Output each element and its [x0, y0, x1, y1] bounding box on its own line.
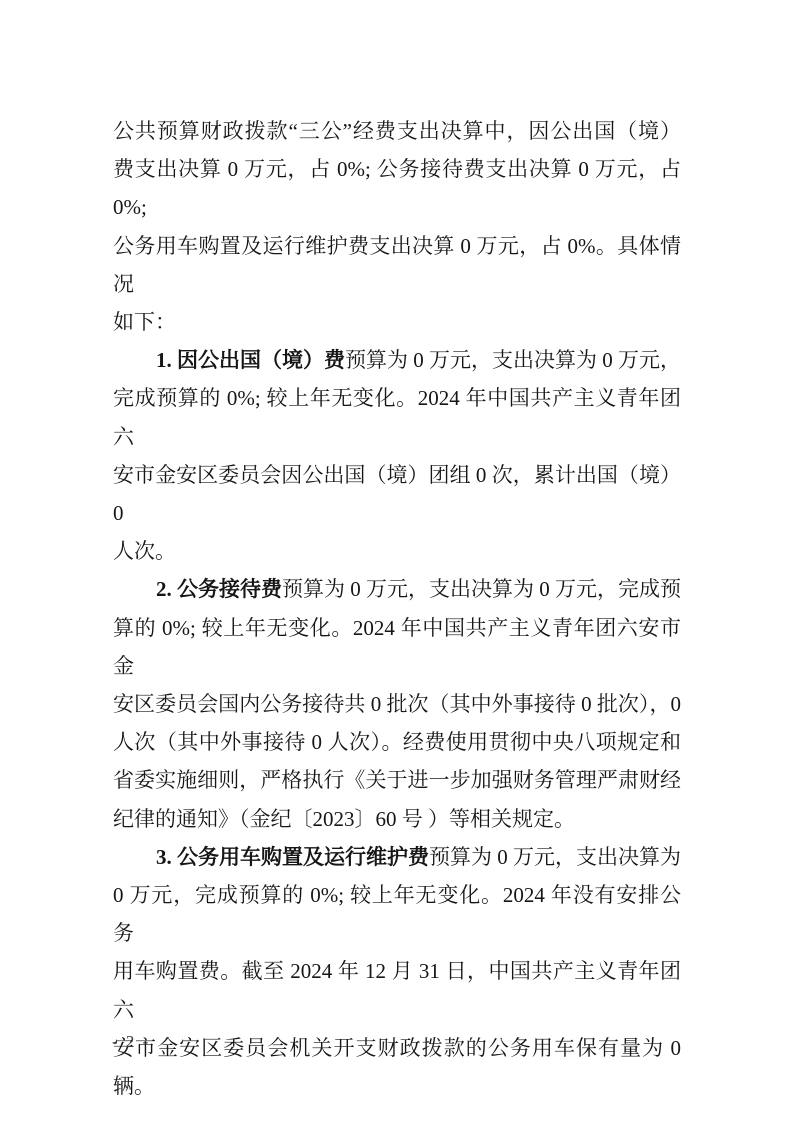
- text-line: 辆。: [113, 1067, 681, 1105]
- text-line: 公务用车购置及运行维护费支出决算 0 万元，占 0%。具体情况: [113, 227, 681, 303]
- text-run: 用车购置费。截至 2024 年 12 月 31 日，中国共产主义青年团六: [113, 959, 681, 1021]
- text-run: 安市金安区委员会因公出国（境）团组 0 次，累计出国（境）0: [113, 463, 681, 525]
- text-line: 安市金安区委员会机关开支财政拨款的公务用车保有量为 0: [113, 1029, 681, 1067]
- text-run: 费支出决算 0 万元，占 0%; 公务接待费支出决算 0 万元，占 0%;: [113, 157, 681, 219]
- text-run: 公务用车购置及运行维护费支出决算 0 万元，占 0%。具体情况: [113, 234, 681, 296]
- text-line: 0 万元，完成预算的 0%; 较上年无变化。2024 年没有安排公务: [113, 876, 681, 952]
- text-run: 辆。: [113, 1074, 155, 1098]
- text-run: 算的 0%; 较上年无变化。2024 年中国共产主义青年团六安市金: [113, 616, 681, 678]
- text-run: 预算为 0 万元，支出决算为: [429, 845, 681, 869]
- text-line: 纪律的通知》（金纪〔2023〕60 号 ）等相关规定。: [113, 800, 681, 838]
- text-run: 预算为 0 万元，支出决算为 0 万元，: [345, 348, 681, 372]
- paragraph-heading-run: 2. 公务接待费: [156, 577, 282, 601]
- text-run: 预算为 0 万元，支出决算为 0 万元，完成预: [282, 577, 681, 601]
- text-run: 省委实施细则，严格执行《关于进一步加强财务管理严肃财经: [113, 768, 681, 792]
- text-line: 2. 公务接待费预算为 0 万元，支出决算为 0 万元，完成预: [113, 570, 681, 608]
- text-line: 安市金安区委员会因公出国（境）团组 0 次，累计出国（境）0: [113, 456, 681, 532]
- text-run: 公共预算财政拨款“三公”经费支出决算中，因公出国（境）: [113, 119, 681, 143]
- text-run: 人次。: [113, 539, 176, 563]
- text-line: 用车购置费。截至 2024 年 12 月 31 日，中国共产主义青年团六: [113, 952, 681, 1028]
- text-line: 费支出决算 0 万元，占 0%; 公务接待费支出决算 0 万元，占 0%;: [113, 150, 681, 226]
- text-line: 完成预算的 0%; 较上年无变化。2024 年中国共产主义青年团六: [113, 379, 681, 455]
- text-run: 纪律的通知》（金纪〔2023〕60 号 ）等相关规定。: [113, 807, 575, 831]
- text-run: 完成预算的 0%; 较上年无变化。2024 年中国共产主义青年团六: [113, 386, 681, 448]
- text-run: 0 万元，完成预算的 0%; 较上年无变化。2024 年没有安排公务: [113, 883, 681, 945]
- text-run: 人次（其中外事接待 0 人次）。经费使用贯彻中央八项规定和: [113, 730, 681, 754]
- document-body: 公共预算财政拨款“三公”经费支出决算中，因公出国（境） 费支出决算 0 万元，占…: [113, 112, 681, 1105]
- text-line: 1. 因公出国（境）费预算为 0 万元，支出决算为 0 万元，: [113, 341, 681, 379]
- page-number: - 2 -: [112, 1030, 150, 1054]
- paragraph-heading-run: 1. 因公出国（境）费: [156, 348, 345, 372]
- text-line: 如下：: [113, 303, 681, 341]
- text-line: 人次（其中外事接待 0 人次）。经费使用贯彻中央八项规定和: [113, 723, 681, 761]
- text-line: 省委实施细则，严格执行《关于进一步加强财务管理严肃财经: [113, 761, 681, 799]
- text-run: 安区委员会国内公务接待共 0 批次（其中外事接待 0 批次），0: [113, 692, 681, 716]
- text-line: 公共预算财政拨款“三公”经费支出决算中，因公出国（境）: [113, 112, 681, 150]
- text-line: 安区委员会国内公务接待共 0 批次（其中外事接待 0 批次），0: [113, 685, 681, 723]
- text-line: 算的 0%; 较上年无变化。2024 年中国共产主义青年团六安市金: [113, 609, 681, 685]
- paragraph-heading-run: 3. 公务用车购置及运行维护费: [156, 845, 429, 869]
- document-page: 公共预算财政拨款“三公”经费支出决算中，因公出国（境） 费支出决算 0 万元，占…: [0, 0, 793, 1122]
- text-run: 安市金安区委员会机关开支财政拨款的公务用车保有量为 0: [113, 1036, 681, 1060]
- text-line: 人次。: [113, 532, 681, 570]
- text-line: 3. 公务用车购置及运行维护费预算为 0 万元，支出决算为: [113, 838, 681, 876]
- text-run: 如下：: [113, 310, 176, 334]
